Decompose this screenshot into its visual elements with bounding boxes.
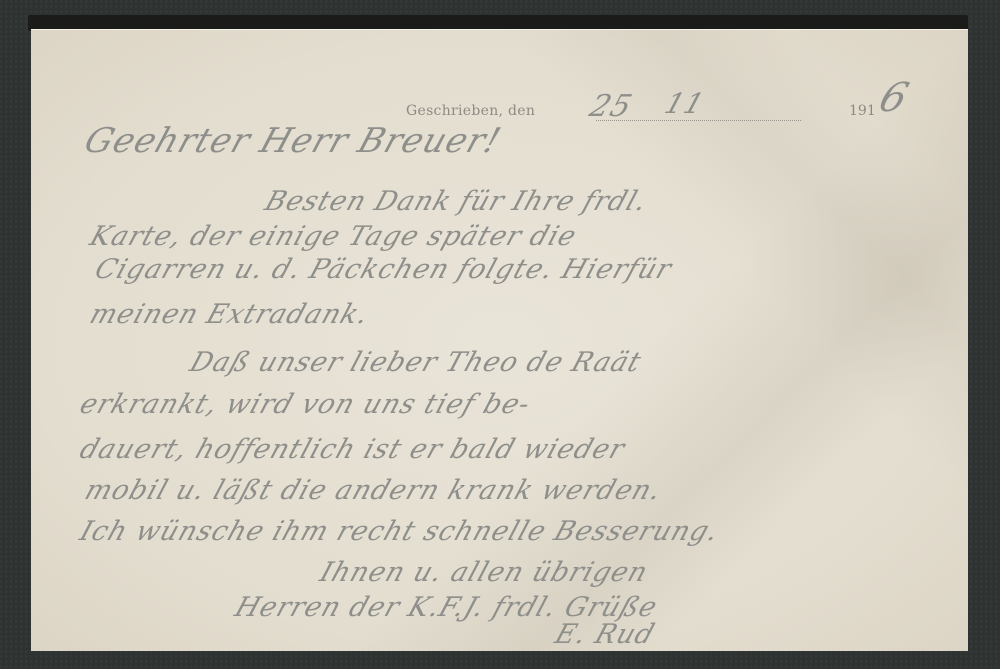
handwritten-line: Daß unser lieber Theo de Raät	[186, 347, 646, 378]
handwritten-line: mobil u. läßt die andern krank werden.	[81, 475, 666, 506]
handwritten-line: dauert, hoffentlich ist er bald wieder	[76, 434, 629, 465]
handwritten-line: Ich wünsche ihm recht schnelle Besserung…	[76, 516, 723, 547]
handwritten-line: erkrankt, wird von uns tief be-	[76, 389, 535, 420]
handwritten-line: Cigarren u. d. Päckchen folgte. Hierfür	[91, 254, 676, 285]
printed-label: Geschrieben, den	[406, 103, 535, 119]
signature: E. Rud	[551, 619, 659, 650]
handwritten-line: Besten Dank für Ihre frdl.	[261, 186, 651, 217]
printed-year-prefix: 191	[849, 103, 876, 119]
postcard: Geschrieben, den 191 25 11 6 Geehrter He…	[31, 29, 968, 651]
closing-line: Ihnen u. allen übrigen	[316, 557, 652, 588]
salutation: Geehrter Herr Breuer!	[80, 121, 507, 161]
handwritten-line: meinen Extradank.	[86, 299, 373, 330]
handwritten-line: Karte, der einige Tage später die	[86, 221, 581, 252]
